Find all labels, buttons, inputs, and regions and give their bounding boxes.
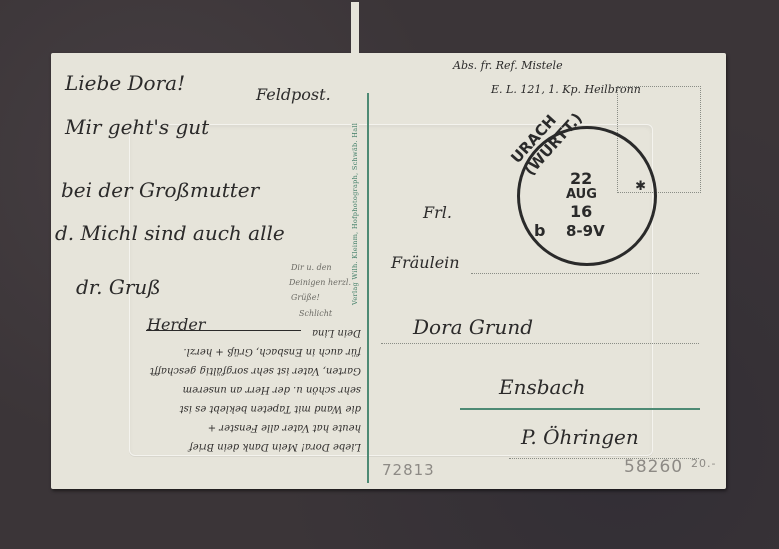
address-name: Dora Grund	[413, 315, 533, 339]
pencil-price: 20.-	[691, 457, 716, 470]
message-line: bei der Großmutter	[61, 178, 259, 202]
upside-line: sehr schön u. der Herr an unserem	[56, 380, 361, 399]
upside-line: für auch in Ensbach, Grüß + herzl.	[56, 342, 361, 361]
postcard: Liebe Dora! Mir geht's gut bei der Großm…	[51, 53, 726, 489]
side-note-line: Dir u. den	[291, 263, 332, 272]
postmark-time: 8-9V	[566, 222, 605, 240]
upside-down-message: Liebe Dora! Mein Dank dein Brief heute h…	[56, 323, 361, 456]
pencil-inventory-number: 72813	[382, 461, 435, 479]
side-note-line: Deinigen herzl.	[289, 278, 351, 287]
message-line: Liebe Dora!	[65, 71, 185, 95]
address-salutation: Frl.	[423, 203, 452, 222]
message-line: dr. Gruß	[76, 275, 161, 299]
postmark-year: 16	[570, 202, 592, 221]
publisher-imprint: Verlag Wilh. Kleinm, Hofphotograph, Schw…	[351, 2, 359, 308]
sender-line: Abs. fr. Ref. Mistele	[453, 59, 563, 72]
postmark-day: 22	[570, 169, 592, 188]
address-post: P. Öhringen	[521, 425, 639, 449]
upside-line: die Wand mit Tapeten beklebt es ist	[56, 399, 361, 418]
message-line: Mir geht's gut	[65, 115, 209, 139]
address-title: Fräulein	[391, 253, 460, 272]
upside-line: Liebe Dora! Mein Dank dein Brief	[56, 437, 361, 456]
postmark-letter: b	[534, 221, 545, 240]
postmark: URACH (WÜRTT.) 22 AUG 16 b 8-9V ✱	[517, 126, 657, 266]
star-icon: ✱	[635, 179, 646, 194]
upside-line: heute hat Vater alle Fenster +	[56, 418, 361, 437]
postmark-month: AUG	[566, 187, 597, 202]
feldpost-note: Feldpost.	[256, 85, 331, 104]
address-dotted-line	[471, 273, 699, 274]
center-divider	[367, 93, 369, 483]
address-town: Ensbach	[499, 375, 586, 399]
upside-line: Dein Lina	[56, 323, 361, 342]
pencil-reference-number: 58260	[624, 457, 683, 477]
upside-line: Garten, Vater ist sehr sorgfältig gescha…	[56, 361, 361, 380]
message-line: d. Michl sind auch alle	[55, 221, 285, 245]
address-dotted-line	[381, 343, 699, 344]
side-note-line: Schlicht	[299, 309, 332, 318]
side-note-line: Grüße!	[291, 293, 320, 302]
address-rule	[460, 408, 700, 410]
